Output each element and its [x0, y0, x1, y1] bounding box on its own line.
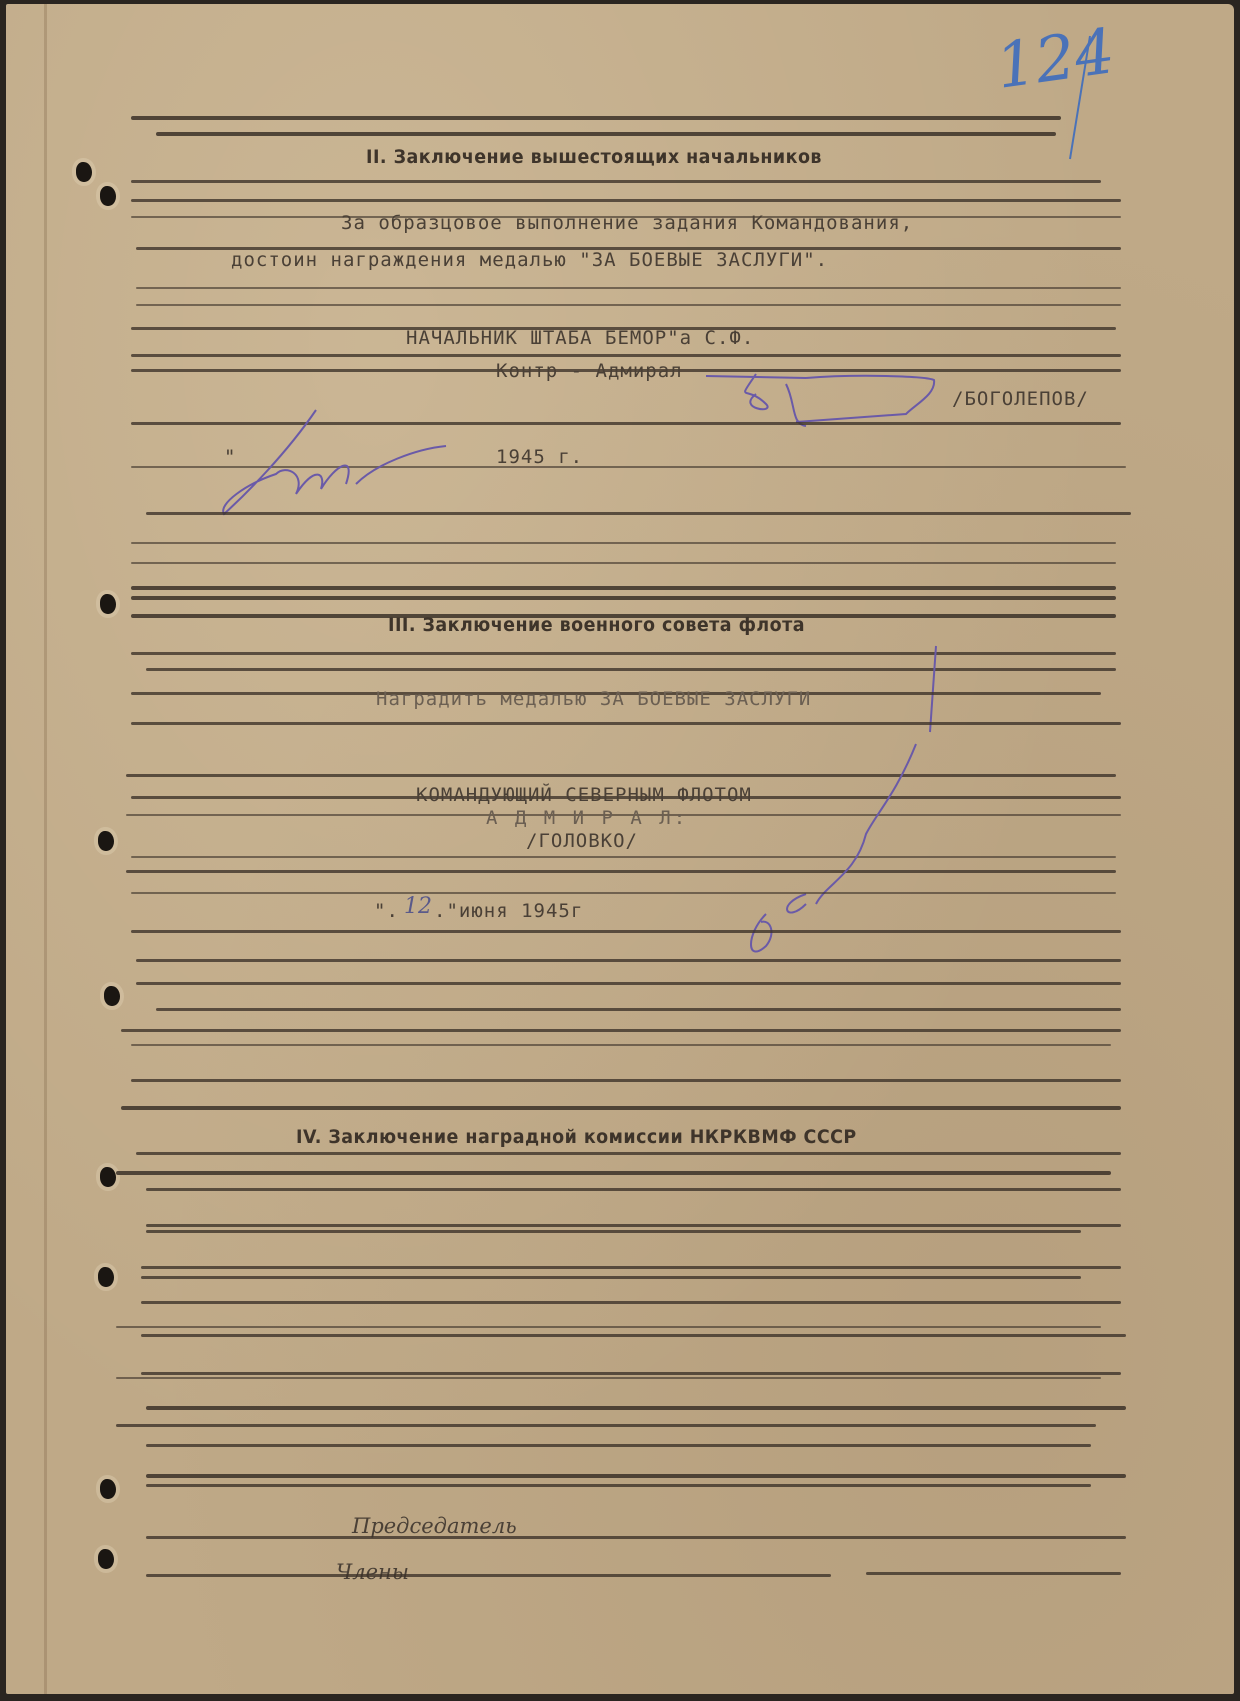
- form-rule: [131, 354, 1121, 357]
- pencil-stroke: [1066, 34, 1096, 164]
- punch-hole: [98, 831, 114, 851]
- section-2-heading: II. Заключение вышестоящих начальников: [366, 146, 822, 168]
- form-rule: [146, 1224, 1121, 1227]
- signature-golovko: [706, 734, 926, 954]
- form-rule: [116, 1171, 1111, 1175]
- form-rule: [156, 1008, 1121, 1011]
- form-rule: [141, 1301, 1121, 1304]
- punch-hole: [100, 1167, 116, 1187]
- form-rule: [131, 1044, 1111, 1046]
- section-2-text-line-1: За образцовое выполнение задания Командо…: [341, 212, 913, 234]
- form-rule: [131, 930, 1121, 933]
- form-rule: [126, 774, 1116, 777]
- form-rule: [146, 1536, 1126, 1539]
- form-rule: [146, 1474, 1126, 1478]
- form-rule: [121, 1106, 1121, 1110]
- form-rule: [136, 959, 1121, 962]
- form-rule: [146, 668, 1116, 671]
- section-3-signer-name: /ГОЛОВКО/: [526, 830, 638, 852]
- punch-hole: [104, 986, 120, 1006]
- punch-hole: [100, 594, 116, 614]
- form-rule: [136, 304, 1121, 306]
- form-rule: [141, 1334, 1126, 1337]
- punch-hole: [76, 162, 92, 182]
- section-2-date-year: 1945 г.: [496, 446, 583, 468]
- form-rule: [146, 1444, 1091, 1447]
- form-rule: [131, 722, 1121, 725]
- section-3-heading: III. Заключение военного совета флота: [388, 614, 805, 636]
- handwritten-date-20-v: [216, 404, 456, 524]
- punch-hole: [100, 186, 116, 206]
- form-rule: [131, 596, 1116, 600]
- section-3-date-day-handwritten: 12: [404, 894, 432, 919]
- form-rule: [156, 132, 1056, 136]
- form-rule: [136, 287, 1121, 289]
- section-3-decision: Наградить медалью ЗА БОЕВЫЕ ЗАСЛУГИ: [376, 688, 811, 710]
- punch-hole: [98, 1267, 114, 1287]
- form-rule: [866, 1572, 1121, 1575]
- form-rule: [131, 856, 1116, 858]
- form-rule: [146, 512, 1131, 515]
- form-rule: [131, 180, 1101, 183]
- form-rule: [131, 542, 1116, 544]
- form-rule: [136, 982, 1121, 985]
- form-rule: [141, 1372, 1121, 1375]
- punch-hole: [100, 1479, 116, 1499]
- form-rule: [146, 1484, 1091, 1487]
- section-3-signer-rank: А Д М И Р А Л:: [486, 807, 688, 829]
- form-rule: [146, 1574, 831, 1577]
- check-stroke: [924, 644, 944, 734]
- members-label: Члены: [336, 1560, 409, 1584]
- page-number-handwritten: 124: [991, 14, 1118, 103]
- form-rule: [131, 562, 1116, 564]
- form-rule: [121, 1029, 1121, 1032]
- chairman-label: Председатель: [352, 1514, 517, 1538]
- form-rule: [146, 1230, 1081, 1233]
- form-rule: [126, 870, 1116, 873]
- form-rule: [141, 1266, 1121, 1269]
- section-3-signer-title: КОМАНДУЮЩИЙ СЕВЕРНЫМ ФЛОТОМ: [416, 784, 752, 806]
- form-rule: [146, 1188, 1121, 1191]
- page-fold: [44, 4, 47, 1694]
- form-rule: [146, 1406, 1126, 1410]
- form-rule: [141, 1276, 1081, 1279]
- section-2-signer-title: НАЧАЛЬНИК ШТАБА БЕМОР"а С.Ф.: [406, 327, 754, 349]
- form-rule: [116, 1377, 1101, 1379]
- form-rule: [116, 1326, 1101, 1328]
- punch-hole: [98, 1549, 114, 1569]
- form-rule: [131, 1079, 1121, 1082]
- section-3-date-close: ."июня 1945г: [434, 900, 583, 922]
- section-2-signer-name: /БОГОЛЕПОВ/: [952, 388, 1089, 410]
- form-rule: [116, 1424, 1096, 1427]
- section-3-date-open: ".: [374, 900, 399, 922]
- section-4-heading: IV. Заключение наградной комиссии НКРКВМ…: [296, 1126, 857, 1148]
- form-rule: [136, 1152, 1121, 1155]
- section-2-signer-rank: Контр - Адмирал: [496, 360, 683, 382]
- form-rule: [131, 652, 1116, 655]
- form-rule: [131, 116, 1061, 120]
- form-rule: [131, 892, 1116, 894]
- form-rule: [131, 586, 1116, 590]
- section-2-text-line-2: достоин награждения медалью "ЗА БОЕВЫЕ З…: [231, 249, 828, 271]
- document-page: 124 II. Заключение вышестоящих начальник…: [6, 4, 1234, 1694]
- form-rule: [131, 199, 1121, 202]
